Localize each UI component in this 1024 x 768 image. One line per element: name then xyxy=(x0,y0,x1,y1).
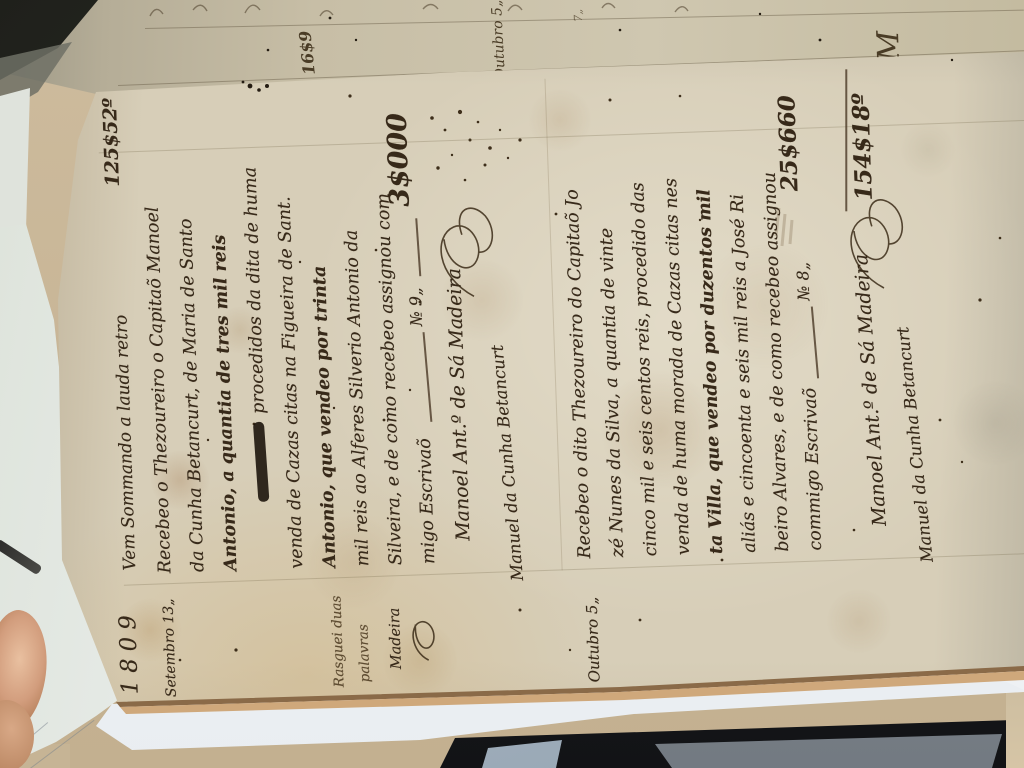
party-signature: Manuel da Cunha Betancurt xyxy=(488,344,528,582)
entry-line: Antonio, a quantia de tres mil reis xyxy=(210,234,242,571)
column-rule xyxy=(99,120,1024,154)
rubric-flourish xyxy=(840,185,908,297)
entry-line: aliás e cincoenta e seis mil reis a José… xyxy=(728,194,761,553)
entry-date: Setembro 13„ xyxy=(160,598,179,697)
entry-amount: 25$660 xyxy=(773,95,803,192)
entry-line: venda de Cazas citas na Figueira de Sant… xyxy=(274,196,307,569)
rubric-flourish xyxy=(407,608,443,665)
entry-line: Antonio, que vendeo por trinta xyxy=(310,265,341,567)
margin-note-line: Rasguei duas xyxy=(328,595,347,687)
entry-line: ta Villa, que vendeo por duzentos mil xyxy=(694,189,727,555)
entry-amount: 3$000 xyxy=(382,112,416,207)
entry-date: Outubro 5„ xyxy=(583,597,604,683)
entry-line: cinco mil e seis centos reis, procedido … xyxy=(628,182,661,557)
dash-line xyxy=(423,332,433,422)
ledger-content: 1809 Vem Sommando a lauda retro 125$52º … xyxy=(97,59,1024,703)
party-signature: Manuel da Cunha Betancurt xyxy=(893,326,937,564)
column-rule xyxy=(124,553,1024,586)
scribe-signature: Manoel Ant.º de Sá Madeira xyxy=(443,268,475,542)
entry-line: zé Nunes da Silva, a quantia de vinte xyxy=(597,228,628,558)
cut-off-writing xyxy=(150,4,688,17)
photo-scene: Outubro 5„ 16$9 M 7„ xyxy=(0,0,1024,768)
entry-separator xyxy=(544,79,562,571)
entry-line: da Cunha Betancurt, de Maria de Santo xyxy=(176,218,208,572)
total-amount: 154$18º xyxy=(847,93,878,201)
entry-line: Recebeo o Thezoureiro o Capitaõ Manoel xyxy=(143,206,176,573)
dash-line xyxy=(415,218,421,276)
rubric-flourish xyxy=(430,194,498,306)
entry-line: Recebeo o dito Thezoureiro do Capitaõ Jo xyxy=(562,189,595,559)
entry-line: mil reis ao Alferes Silverio Antonio da xyxy=(342,230,374,567)
entry-line: migo Escrivaõ xyxy=(415,438,439,564)
margin-note-line: palavras xyxy=(355,624,373,683)
year-label: 1809 xyxy=(115,608,144,695)
strikethrough-blob xyxy=(253,422,270,503)
entry-line: commigo Escrivaõ xyxy=(800,387,826,550)
receipt-number: № 9„ xyxy=(406,287,426,326)
dash-line xyxy=(811,307,819,379)
entry-line: beiro Alvares, e de como recebeo assigno… xyxy=(760,172,793,552)
entry-line: Silveira, e de como recebeo assignou com xyxy=(373,193,406,566)
margin-note-signature: Madeira xyxy=(387,607,405,669)
opening-line: Vem Sommando a lauda retro xyxy=(111,314,140,570)
receipt-number: № 8„ xyxy=(793,262,813,301)
entry-line: venda de huma morada de Cazas citas nes xyxy=(661,178,694,556)
entry-line: procedidos da dita de huma xyxy=(240,167,269,415)
carried-amount: 125$52º xyxy=(99,98,125,224)
